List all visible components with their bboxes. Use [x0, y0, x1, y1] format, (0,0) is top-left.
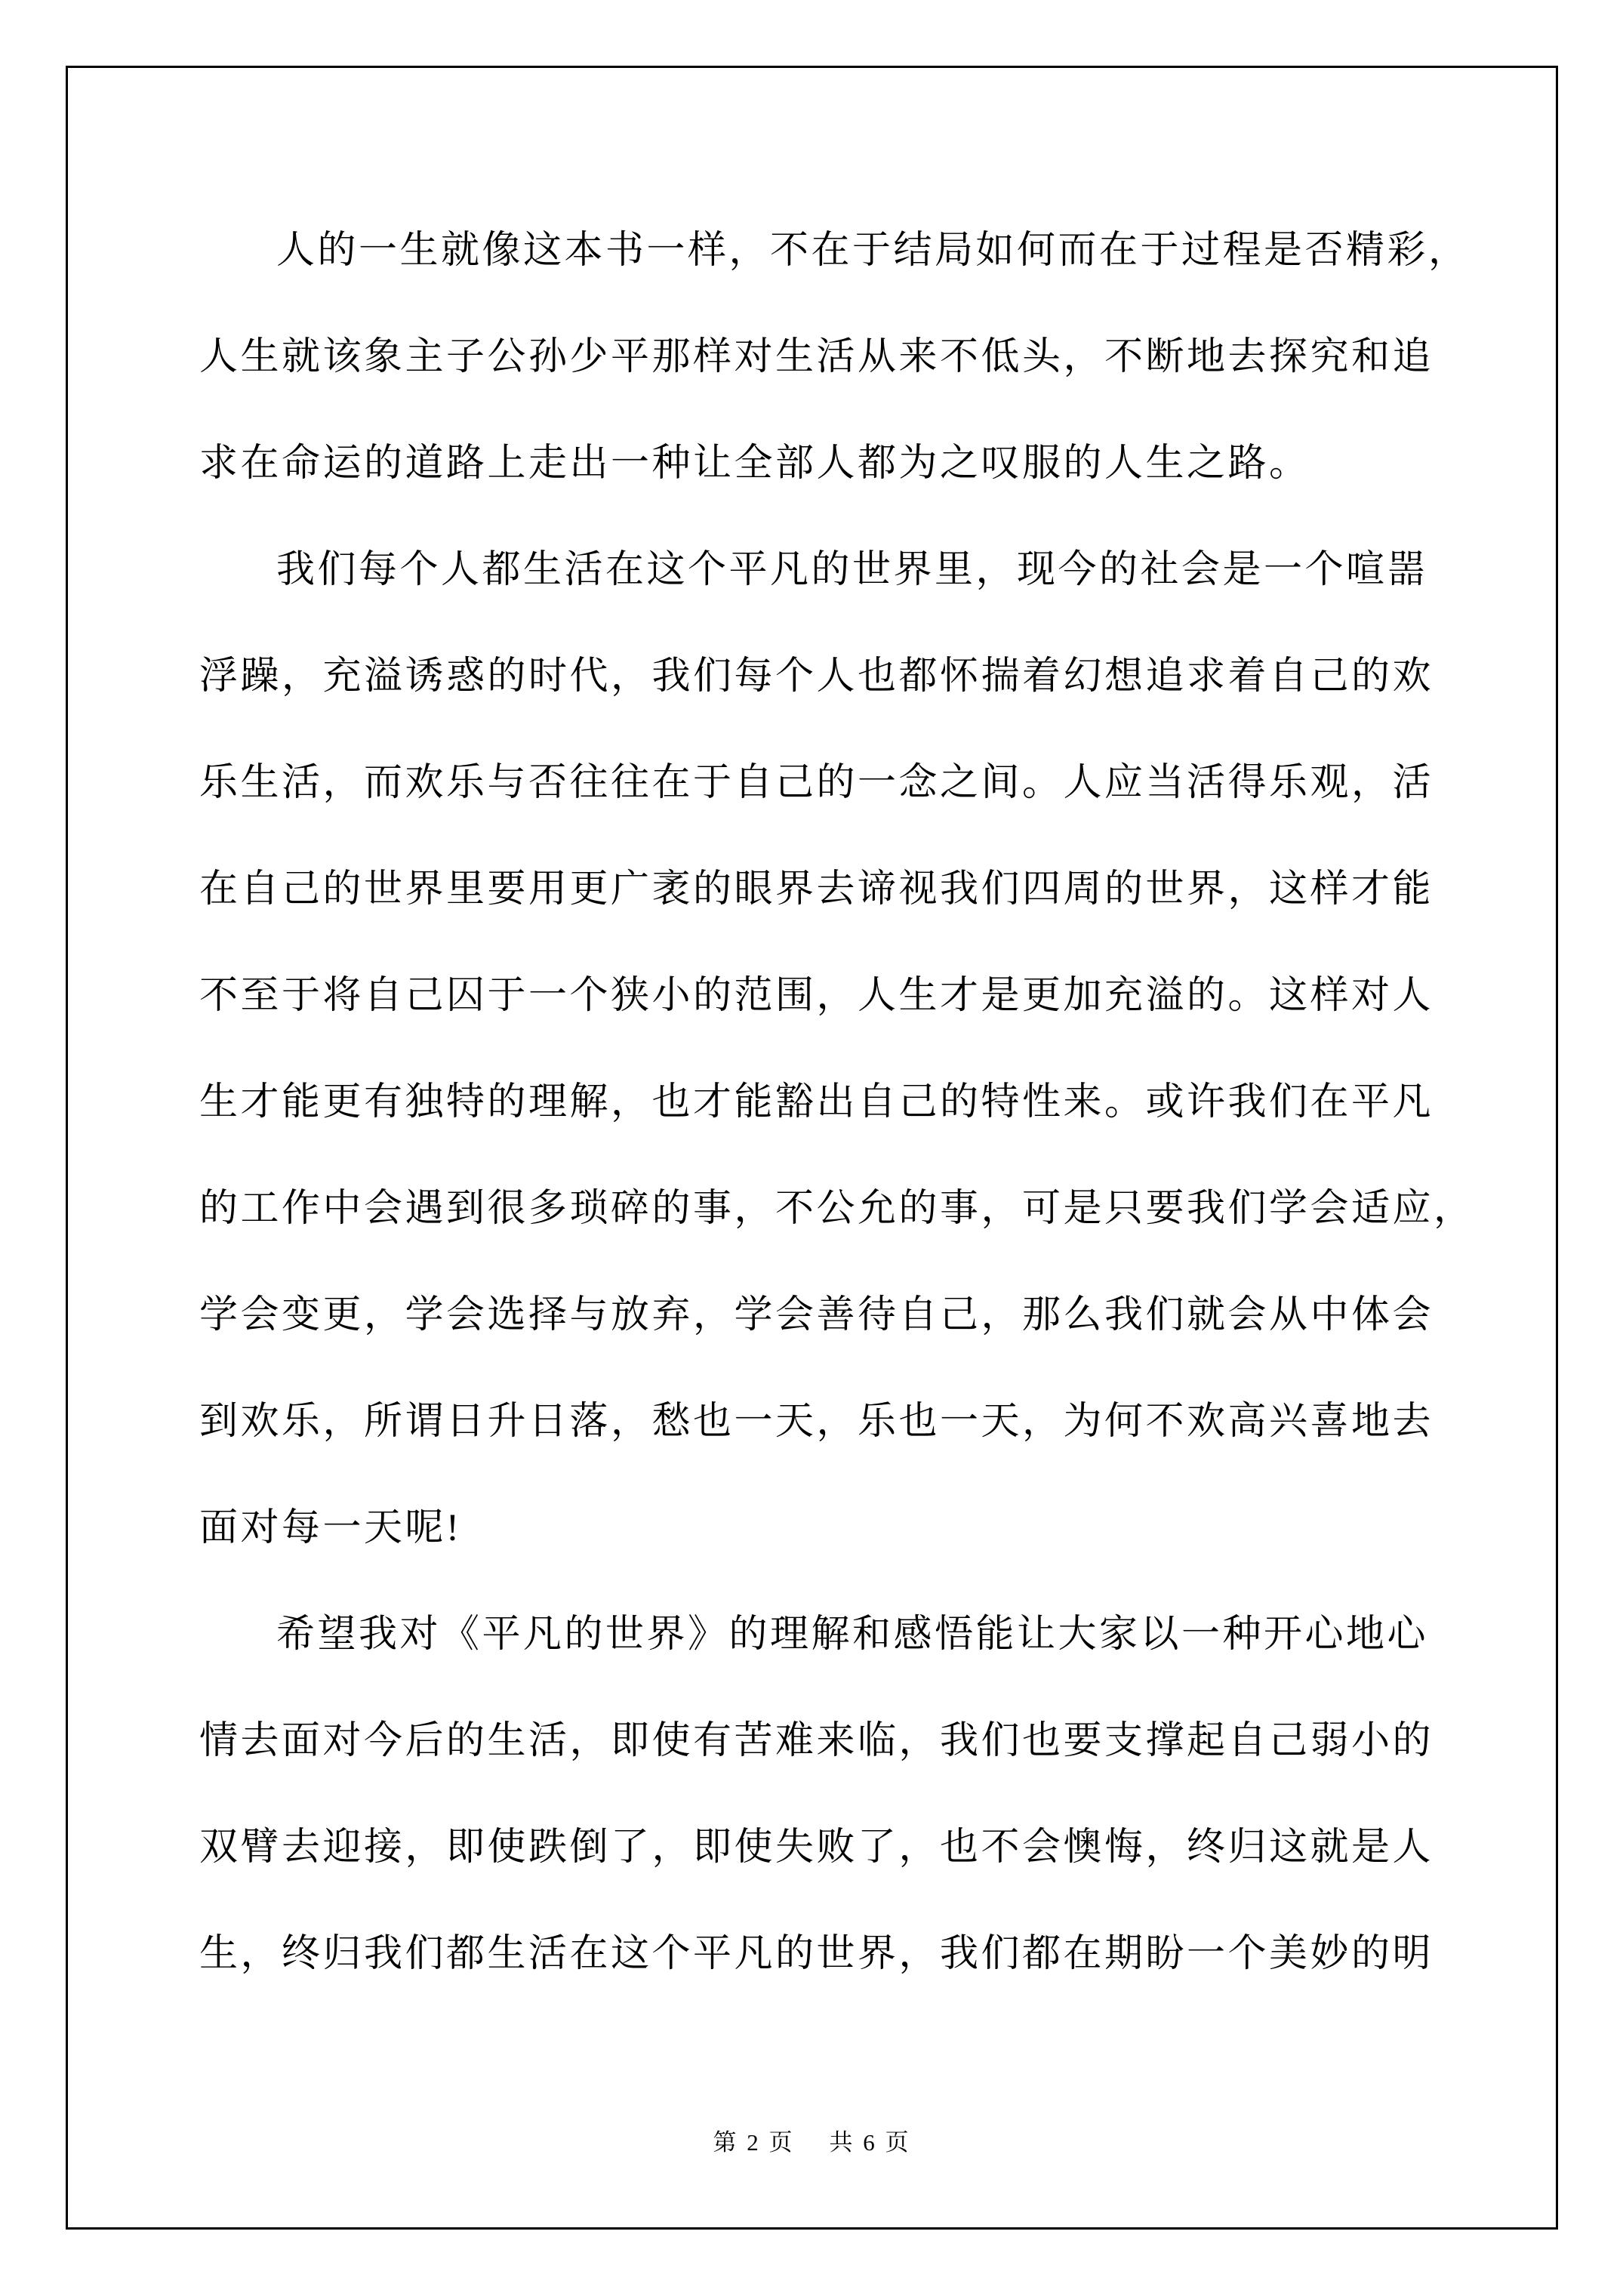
- text-line: 到欢乐，所谓日升日落，愁也一天，乐也一天，为何不欢高兴喜地去: [199, 1369, 1483, 1475]
- paragraph: 我们每个人都生活在这个平凡的世界里，现今的社会是一个喧噐浮躁，充溢诱惑的时代，我…: [199, 517, 1483, 1582]
- text-line: 我们每个人都生活在这个平凡的世界里，现今的社会是一个喧噐: [199, 517, 1483, 624]
- text-line: 人的一生就像这本书一样，不在于结局如何而在于过程是否精彩，: [199, 198, 1483, 304]
- text-line: 学会变更，学会选择与放弃，学会善待自己，那么我们就会从中体会: [199, 1262, 1483, 1369]
- text-line: 希望我对《平凡的世界》的理解和感悟能让大家以一种开心地心: [199, 1582, 1483, 1688]
- footer-total-pages: 共 6 页: [830, 2129, 911, 2156]
- text-line: 在自己的世界里要用更广袤的眼界去谛视我们四周的世界，这样才能: [199, 837, 1483, 943]
- document-page: 人的一生就像这本书一样，不在于结局如何而在于过程是否精彩，人生就该象主子公孙少平…: [0, 0, 1623, 2296]
- document-body: 人的一生就像这本书一样，不在于结局如何而在于过程是否精彩，人生就该象主子公孙少平…: [199, 198, 1483, 2008]
- text-line: 浮躁，充溢诱惑的时代，我们每个人也都怀揣着幻想追求着自己的欢: [199, 624, 1483, 730]
- paragraph: 希望我对《平凡的世界》的理解和感悟能让大家以一种开心地心情去面对今后的生活，即使…: [199, 1582, 1483, 2008]
- text-line: 不至于将自己囚于一个狭小的范围，人生才是更加充溢的。这样对人: [199, 943, 1483, 1049]
- text-line: 的工作中会遇到很多琐碎的事，不公允的事，可是只要我们学会适应，: [199, 1156, 1483, 1262]
- text-line: 求在命运的道路上走出一种让全部人都为之叹服的人生之路。: [199, 411, 1483, 517]
- text-line: 情去面对今后的生活，即使有苦难来临，我们也要支撑起自己弱小的: [199, 1688, 1483, 1795]
- page-border-frame: 人的一生就像这本书一样，不在于结局如何而在于过程是否精彩，人生就该象主子公孙少平…: [66, 66, 1558, 2230]
- text-line: 人生就该象主子公孙少平那样对生活从来不低头，不断地去探究和追: [199, 304, 1483, 411]
- text-line: 生才能更有独特的理解，也才能豁出自己的特性来。或许我们在平凡: [199, 1049, 1483, 1156]
- text-line: 面对每一天呢!: [199, 1475, 1483, 1582]
- paragraph: 人的一生就像这本书一样，不在于结局如何而在于过程是否精彩，人生就该象主子公孙少平…: [199, 198, 1483, 517]
- page-footer: 第 2 页共 6 页: [68, 2128, 1556, 2158]
- text-line: 双臂去迎接，即使跌倒了，即使失败了，也不会懊悔，终归这就是人: [199, 1795, 1483, 1901]
- text-line: 乐生活，而欢乐与否往往在于自己的一念之间。人应当活得乐观，活: [199, 730, 1483, 837]
- footer-current-page: 第 2 页: [713, 2129, 795, 2156]
- text-line: 生，终归我们都生活在这个平凡的世界，我们都在期盼一个美妙的明: [199, 1901, 1483, 2008]
